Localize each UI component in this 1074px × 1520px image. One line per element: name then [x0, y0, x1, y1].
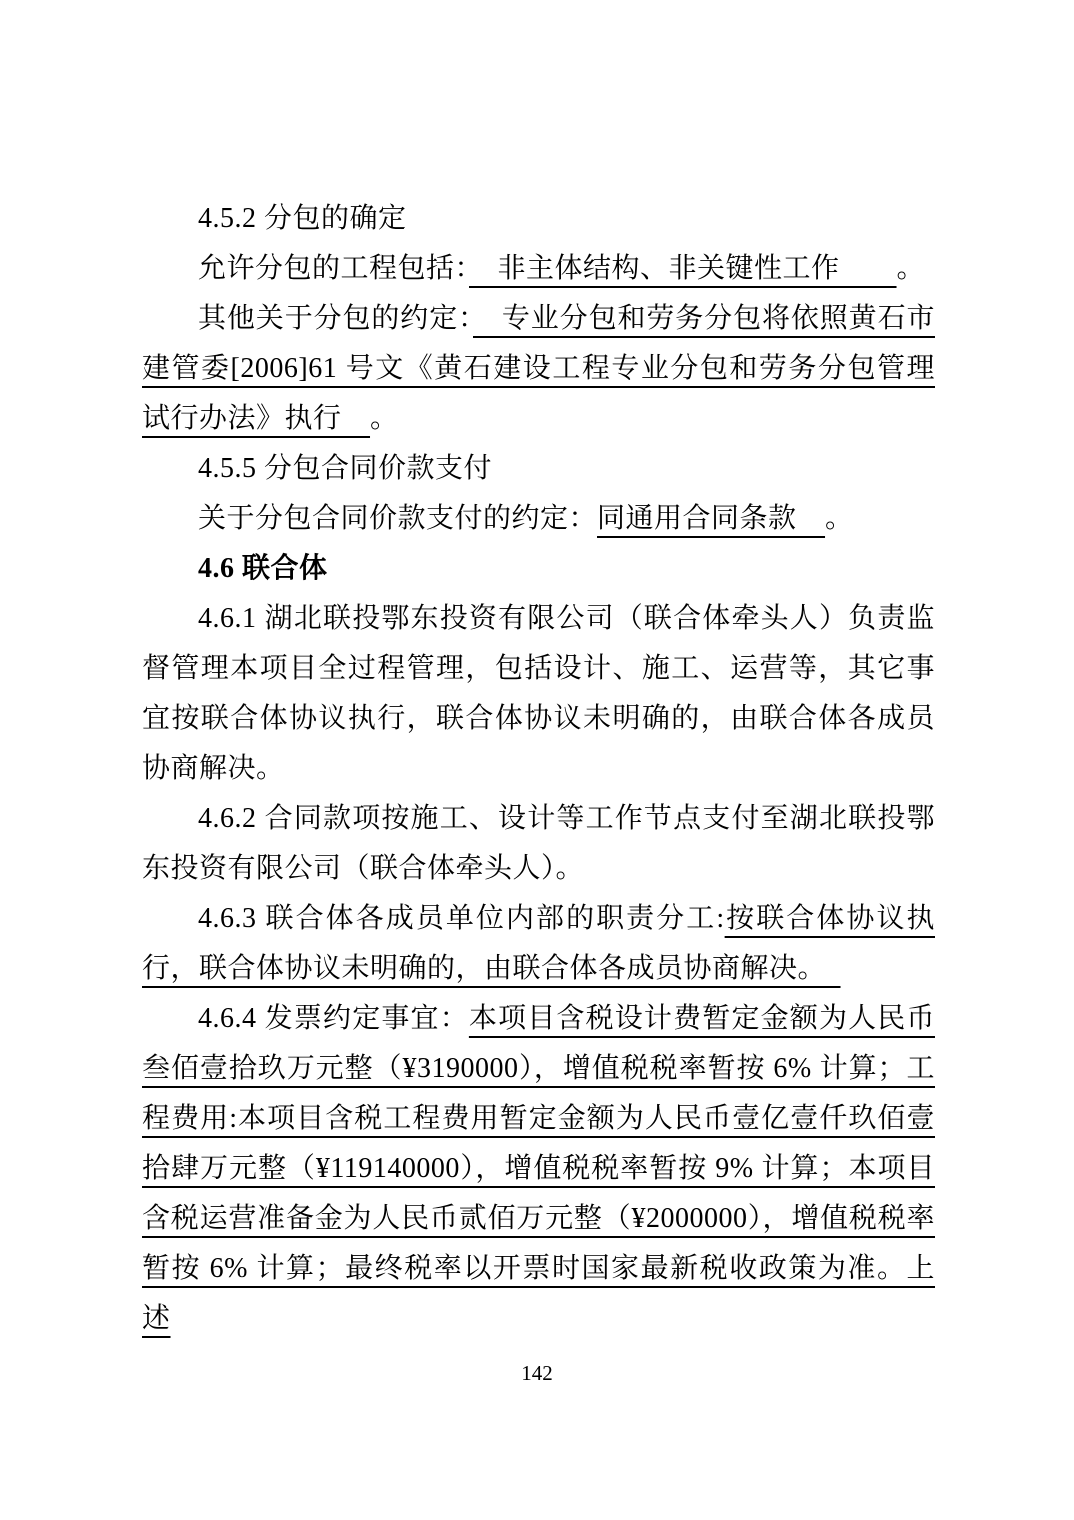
document-page: 4.5.2 分包的确定允许分包的工程包括： 非主体结构、非关键性工作 。其他关于… [0, 0, 1074, 1520]
text-segment: 4.6.2 合同款项按施工、设计等工作节点支付至湖北联投鄂东投资有限公司（联合体… [142, 803, 935, 884]
text-segment: 4.6.1 湖北联投鄂东投资有限公司（联合体牵头人）负责监督管理本项目全过程管理… [142, 603, 935, 784]
paragraph: 4.6.3 联合体各成员单位内部的职责分工:按联合体协议执行，联合体协议未明确的… [142, 894, 935, 994]
paragraph: 4.6.2 合同款项按施工、设计等工作节点支付至湖北联投鄂东投资有限公司（联合体… [142, 794, 935, 894]
paragraph: 关于分包合同价款支付的约定：同通用合同条款 。 [142, 494, 935, 544]
text-segment: 。 [897, 253, 926, 284]
text-segment: 4.6.3 联合体各成员单位内部的职责分工: [198, 903, 725, 934]
paragraph: 4.5.2 分包的确定 [142, 194, 935, 244]
text-segment: 。 [825, 503, 854, 534]
underlined-fill-in: 同通用合同条款 [597, 503, 825, 534]
paragraph: 其他关于分包的约定： 专业分包和劳务分包将依照黄石市建管委[2006]61 号文… [142, 294, 935, 444]
paragraph: 4.6.1 湖北联投鄂东投资有限公司（联合体牵头人）负责监督管理本项目全过程管理… [142, 594, 935, 794]
paragraph: 4.5.5 分包合同价款支付 [142, 444, 935, 494]
underlined-fill-in: 本项目含税设计费暂定金额为人民币叁佰壹拾玖万元整（¥3190000），增值税税率… [142, 1003, 935, 1334]
text-segment: 4.5.2 分包的确定 [198, 203, 407, 234]
text-segment: 4.6.4 发票约定事宜： [198, 1003, 469, 1034]
text-segment: 允许分包的工程包括： [198, 253, 469, 284]
paragraph: 4.6.4 发票约定事宜：本项目含税设计费暂定金额为人民币叁佰壹拾玖万元整（¥3… [142, 994, 935, 1344]
underlined-fill-in: 非主体结构、非关键性工作 [469, 253, 897, 284]
text-segment: 关于分包合同价款支付的约定： [198, 503, 597, 534]
text-segment: 。 [370, 403, 399, 434]
paragraph: 允许分包的工程包括： 非主体结构、非关键性工作 。 [142, 244, 935, 294]
text-segment: 4.5.5 分包合同价款支付 [198, 453, 492, 484]
text-segment: 4.6 联合体 [198, 553, 328, 584]
text-segment: 其他关于分包的约定： [198, 303, 473, 334]
page-number: 142 [521, 1361, 553, 1385]
document-body: 4.5.2 分包的确定允许分包的工程包括： 非主体结构、非关键性工作 。其他关于… [142, 194, 935, 1344]
section-heading: 4.6 联合体 [142, 544, 935, 594]
page-footer: 142 [0, 1358, 1074, 1388]
